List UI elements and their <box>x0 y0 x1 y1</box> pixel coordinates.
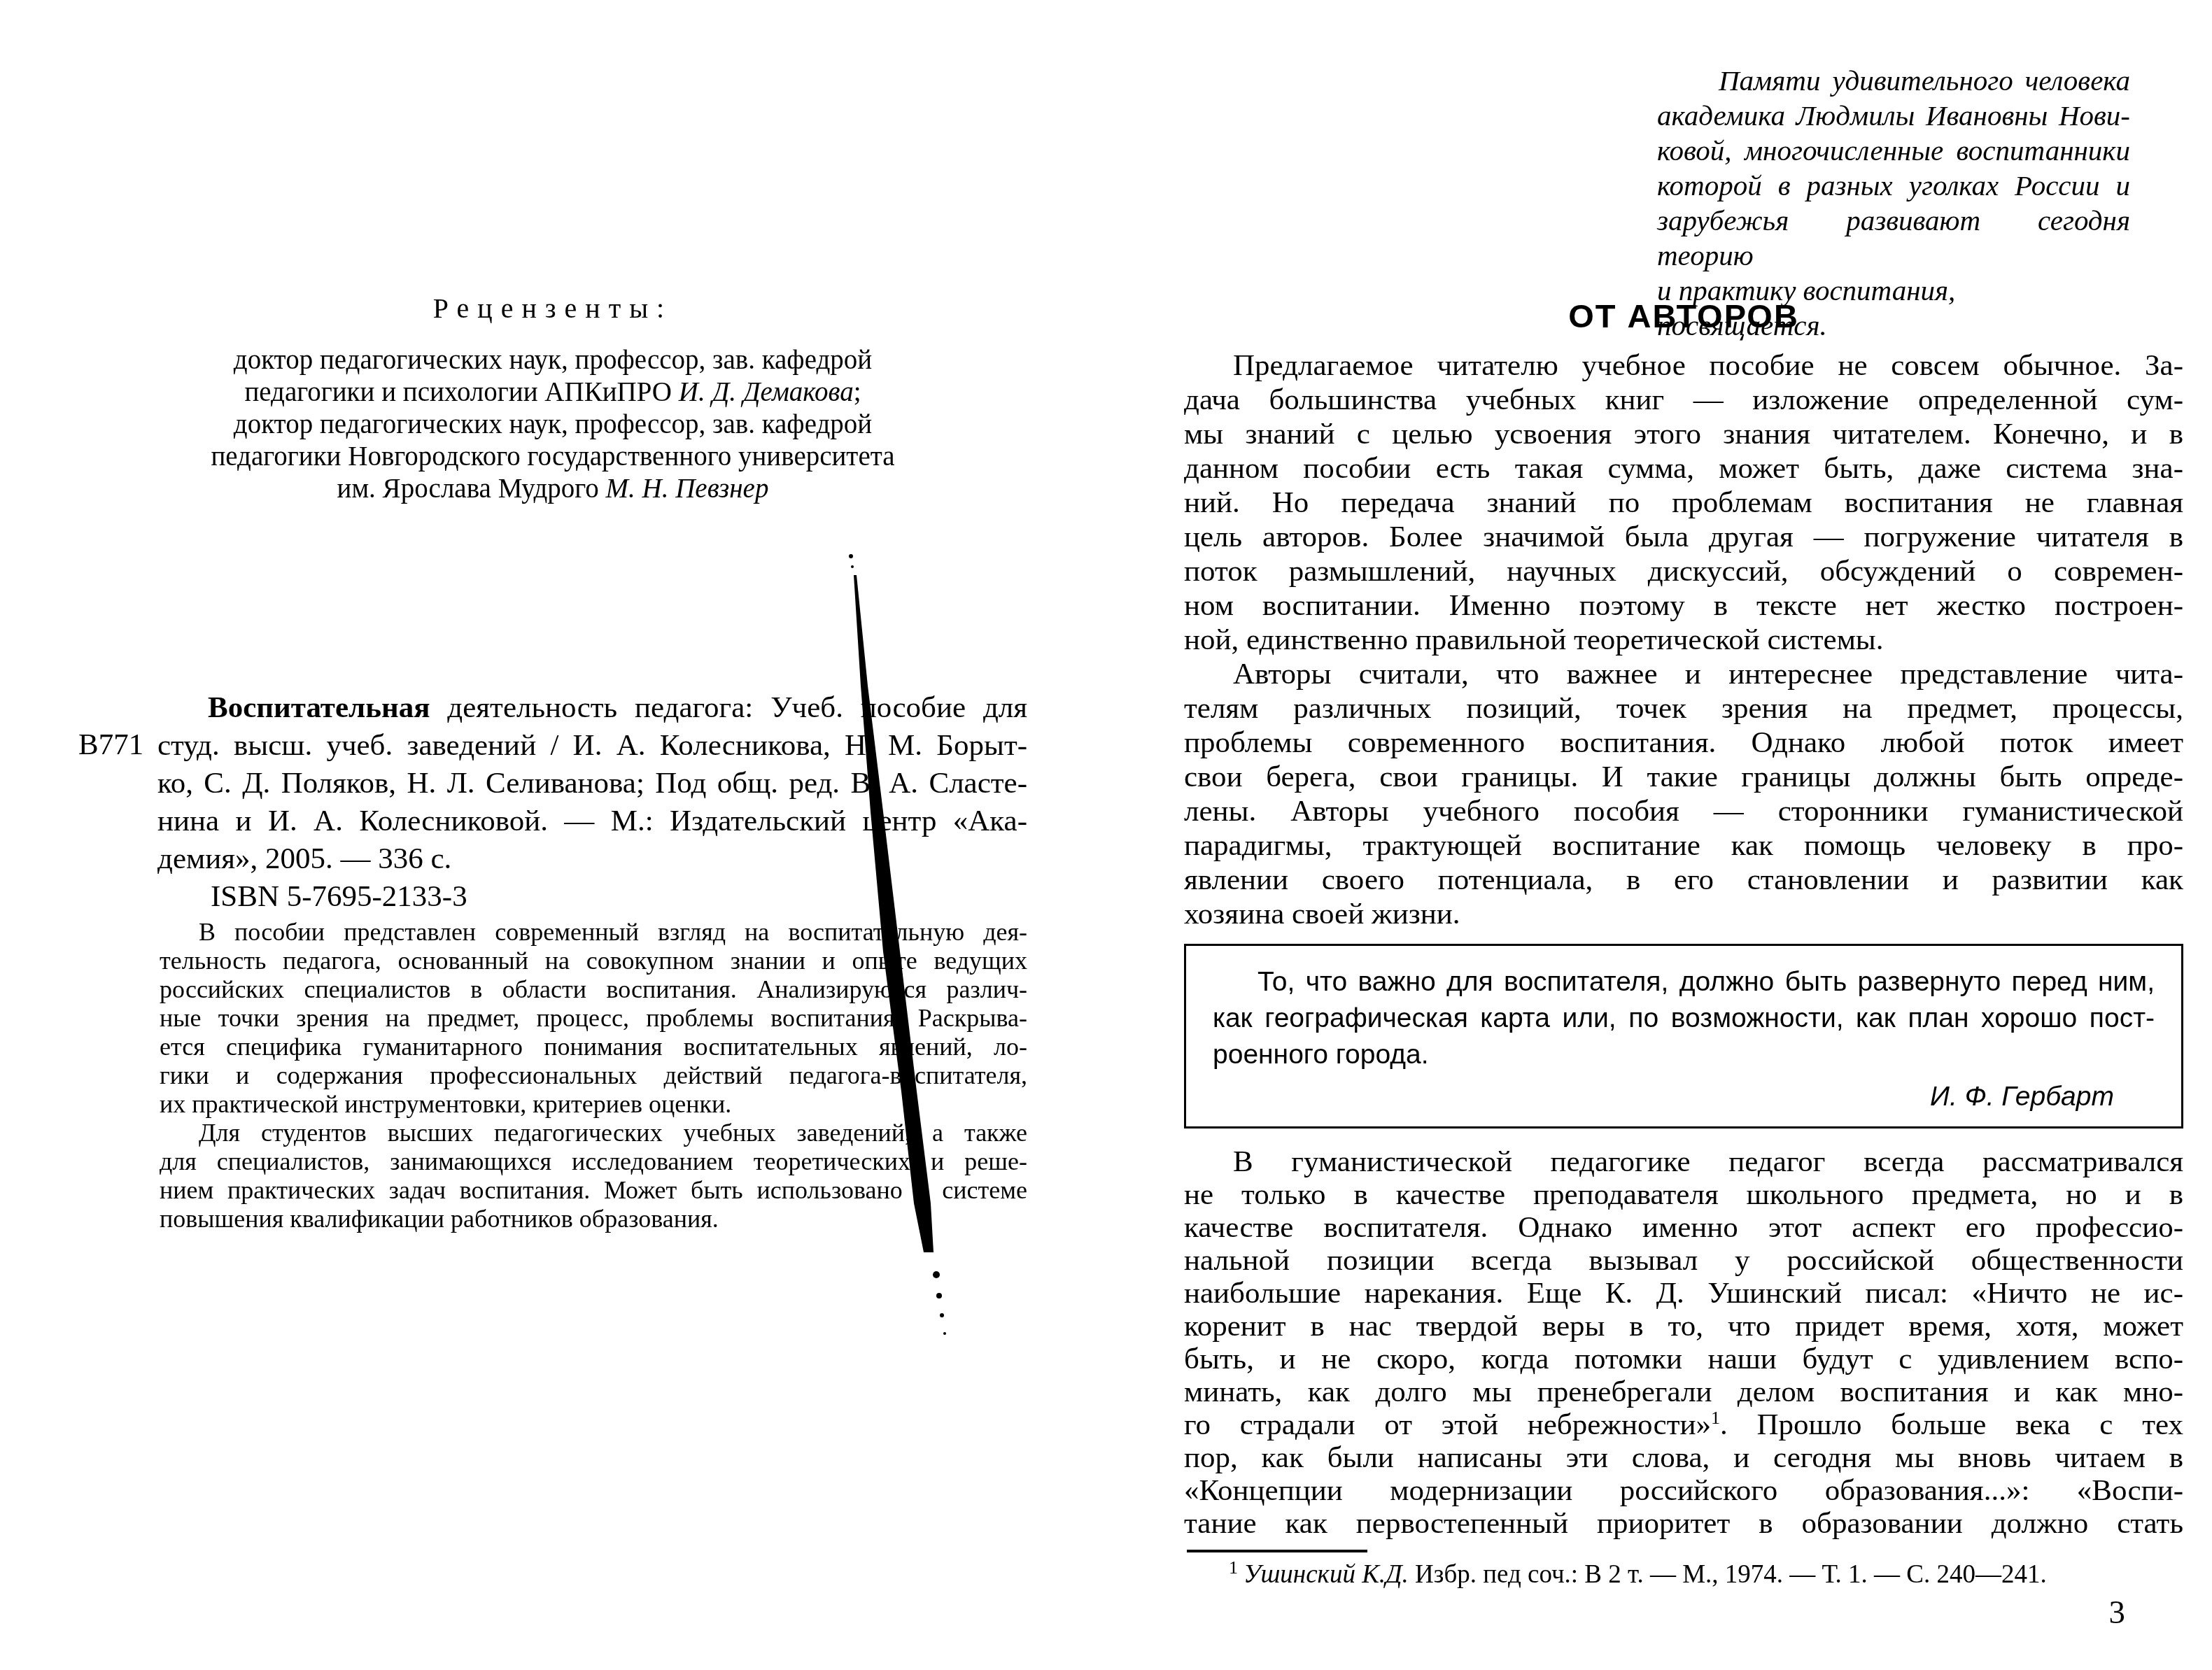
footnote-marker: 1 <box>1711 1408 1720 1428</box>
reviewer-line: доктор педагогических наук, профессор, з… <box>182 409 924 441</box>
text-line: которой в разных уголках России и <box>1657 168 2130 203</box>
text-line: ные точки зрения на предмет, процесс, пр… <box>160 1004 1027 1033</box>
section-heading: ОТ АВТОРОВ <box>1184 297 2183 335</box>
text-line: го страдали от этой небрежности»1. Прошл… <box>1184 1408 2183 1441</box>
reviewers-block: Рецензенты: доктор педагогических наук, … <box>182 292 924 505</box>
bibliography-lines: студ. высш. учеб. заведений / И. А. Коле… <box>157 727 1027 840</box>
text-line: пор, как были написаны эти слова, и сего… <box>1184 1441 2183 1474</box>
text-line: «Концепции модернизации российского обра… <box>1184 1474 2183 1507</box>
reviewer-line-text: педагогики и психологии АПКиПРО <box>244 377 678 407</box>
bibliography-text: деятельность педагога: Учеб. пособие для <box>430 691 1027 724</box>
book-scan: { "left_page": { "reviewers": { "heading… <box>0 0 2212 1670</box>
right-page: Памяти удивительного человекаакадемика Л… <box>1106 0 2212 1670</box>
paragraph: Авторы считали, что важнее и интереснее … <box>1184 657 2183 931</box>
quote-last-line: роенного города. <box>1213 1037 2155 1073</box>
text-line: студ. высш. учеб. заведений / И. А. Коле… <box>157 727 1027 765</box>
text-line: наибольшие нарекания. Еще К. Д. Ушинский… <box>1184 1277 2183 1310</box>
left-page: Рецензенты: доктор педагогических наук, … <box>0 0 1106 1670</box>
footnote-text: Избр. пед соч.: В 2 т. — М., 1974. — Т. … <box>1409 1560 2047 1589</box>
bibliography-block: Воспитательная деятельность педагога: Уч… <box>157 689 1027 916</box>
text-line: зарубежья развивают сегодня теорию <box>1657 203 2130 273</box>
annotation-block: В пособии представлен современный взгляд… <box>160 918 1027 1233</box>
text-line: быть, и не скоро, когда потомки наши буд… <box>1184 1343 2183 1375</box>
text-line: для специалистов, занимающихся исследова… <box>160 1147 1027 1176</box>
text-line: нина и И. А. Колесниковой. — М.: Издател… <box>157 802 1027 840</box>
reviewer-line: педагогики и психологии АПКиПРО И. Д. Де… <box>182 376 924 409</box>
paragraph-text: го страдали от этой небрежности» <box>1184 1408 1711 1441</box>
footnote-marker: 1 <box>1229 1557 1238 1578</box>
reviewer-line: доктор педагогических наук, профессор, з… <box>182 344 924 376</box>
footnote-author: Ушинский К.Д. <box>1244 1560 1409 1589</box>
text-line: ном воспитании. Именно поэтому в тексте … <box>1184 588 2183 623</box>
quote-attribution: И. Ф. Гербарт <box>1213 1079 2155 1115</box>
text-line: дача большинства учебных книг — изложени… <box>1184 383 2183 417</box>
text-line: парадигмы, трактующей воспитание как пом… <box>1184 828 2183 863</box>
text-line: цель авторов. Более значимой была другая… <box>1184 520 2183 554</box>
annotation-last-line: их практической инструментовки, критерие… <box>160 1090 1027 1119</box>
text-line: ко, С. Д. Поляков, Н. Л. Селиванова; Под… <box>157 765 1027 802</box>
text-line: лены. Авторы учебного пособия — сторонни… <box>1184 794 2183 828</box>
text-line: Памяти удивительного человека <box>1657 63 2130 98</box>
text-line: качестве воспитателя. Однако именно этот… <box>1184 1211 2183 1244</box>
text-line: явлении своего потенциала, в его становл… <box>1184 863 2183 897</box>
paragraph: Предлагаемое читателю учебное пособие не… <box>1184 348 2183 657</box>
text-line: ний. Но передача знаний по проблемам вос… <box>1184 486 2183 520</box>
quote-box: То, что важно для воспитателя, должно бы… <box>1184 944 2183 1128</box>
page-number: 3 <box>1184 1594 2125 1632</box>
text-line: не только в качестве преподавателя школь… <box>1184 1178 2183 1211</box>
text-line: поток размышлений, научных дискуссий, об… <box>1184 554 2183 588</box>
text-line: как географическая карта или, по возможн… <box>1213 1000 2155 1037</box>
text-line: данном пособии есть такая сумма, может б… <box>1184 451 2183 486</box>
paragraph-text: . Прошло больше века с тех <box>1720 1408 2183 1441</box>
isbn-line: ISBN 5-7695-2133-3 <box>157 878 1027 916</box>
dedication-lines: Памяти удивительного человекаакадемика Л… <box>1657 63 2130 273</box>
text-line: В гуманистической педагогике педагог все… <box>1184 1145 2183 1178</box>
reviewer-name: М. Н. Певзнер <box>606 474 769 504</box>
reviewers-heading: Рецензенты: <box>182 292 924 325</box>
text-line: академика Людмилы Ивановны Нови- <box>1657 98 2130 133</box>
reviewer-line-text: им. Ярослава Мудрого <box>337 474 606 504</box>
text-line: минать, как долго мы пренебрегали делом … <box>1184 1375 2183 1408</box>
reviewer-line-text: ; <box>854 377 861 407</box>
text-line: коренит в нас твердой веры в то, что при… <box>1184 1310 2183 1343</box>
paragraph-lines: Авторы считали, что важнее и интереснее … <box>1184 657 2183 897</box>
bbk-code: В771 <box>78 728 143 762</box>
paragraph-last-line: хозяина своей жизни. <box>1184 897 2183 931</box>
reviewer-name: И. Д. Демакова <box>679 377 854 407</box>
text-line: проблемы современного воспитания. Однако… <box>1184 726 2183 760</box>
text-line: российских специалистов в области воспит… <box>160 975 1027 1004</box>
text-line: Авторы считали, что важнее и интереснее … <box>1184 657 2183 691</box>
text-line: ковой, многочисленные воспитанники <box>1657 133 2130 168</box>
text-line: ется специфика гуманитарного понимания в… <box>160 1033 1027 1061</box>
reviewer-line: педагогики Новгородского государственног… <box>182 441 924 473</box>
footnote: 1Ушинский К.Д. Избр. пед соч.: В 2 т. — … <box>1184 1559 2183 1590</box>
text-line: Для студентов высших педагогических учеб… <box>160 1119 1027 1147</box>
text-line: нальной позиции всегда вызывал у российс… <box>1184 1244 2183 1277</box>
text-line: телям различных позиций, точек зрения на… <box>1184 691 2183 726</box>
annotation-paragraph: В пособии представлен современный взгляд… <box>160 918 1027 1090</box>
annotation-last-line: повышения квалификации работников образо… <box>160 1205 1027 1233</box>
footnote-rule <box>1187 1550 1367 1552</box>
text-line: То, что важно для воспитателя, должно бы… <box>1213 964 2155 1000</box>
bibliography-last-line: демия», 2005. — 336 с. <box>157 840 1027 878</box>
text-line: гики и содержания профессиональных дейст… <box>160 1061 1027 1090</box>
text-line: тельность педагога, основанный на совоку… <box>160 947 1027 975</box>
text-line: мы знаний с целью усвоения этого знания … <box>1184 417 2183 451</box>
paragraph-lines: Предлагаемое читателю учебное пособие не… <box>1184 348 2183 623</box>
quote-lines: То, что важно для воспитателя, должно бы… <box>1213 964 2155 1037</box>
main-text: Предлагаемое читателю учебное пособие не… <box>1184 348 2183 1590</box>
reviewer-line: им. Ярослава Мудрого М. Н. Певзнер <box>182 473 924 505</box>
text-line: свои берега, свои границы. И такие грани… <box>1184 760 2183 794</box>
book-title: Воспитательная <box>208 691 430 724</box>
paragraph-last-line: ной, единственно правильной теоретическо… <box>1184 623 2183 657</box>
annotation-paragraph: Для студентов высших педагогических учеб… <box>160 1119 1027 1205</box>
text-line: нием практических задач воспитания. Може… <box>160 1176 1027 1205</box>
text-line: Предлагаемое читателю учебное пособие не… <box>1184 348 2183 383</box>
bibliography-title-line: Воспитательная деятельность педагога: Уч… <box>157 689 1027 727</box>
paragraph-lines: В гуманистической педагогике педагог все… <box>1184 1145 2183 1408</box>
text-line: тание как первостепенный приоритет в обр… <box>1184 1507 2183 1540</box>
paragraph-lines: пор, как были написаны эти слова, и сего… <box>1184 1441 2183 1540</box>
paragraph: В гуманистической педагогике педагог все… <box>1184 1145 2183 1540</box>
text-line: В пособии представлен современный взгляд… <box>160 918 1027 947</box>
